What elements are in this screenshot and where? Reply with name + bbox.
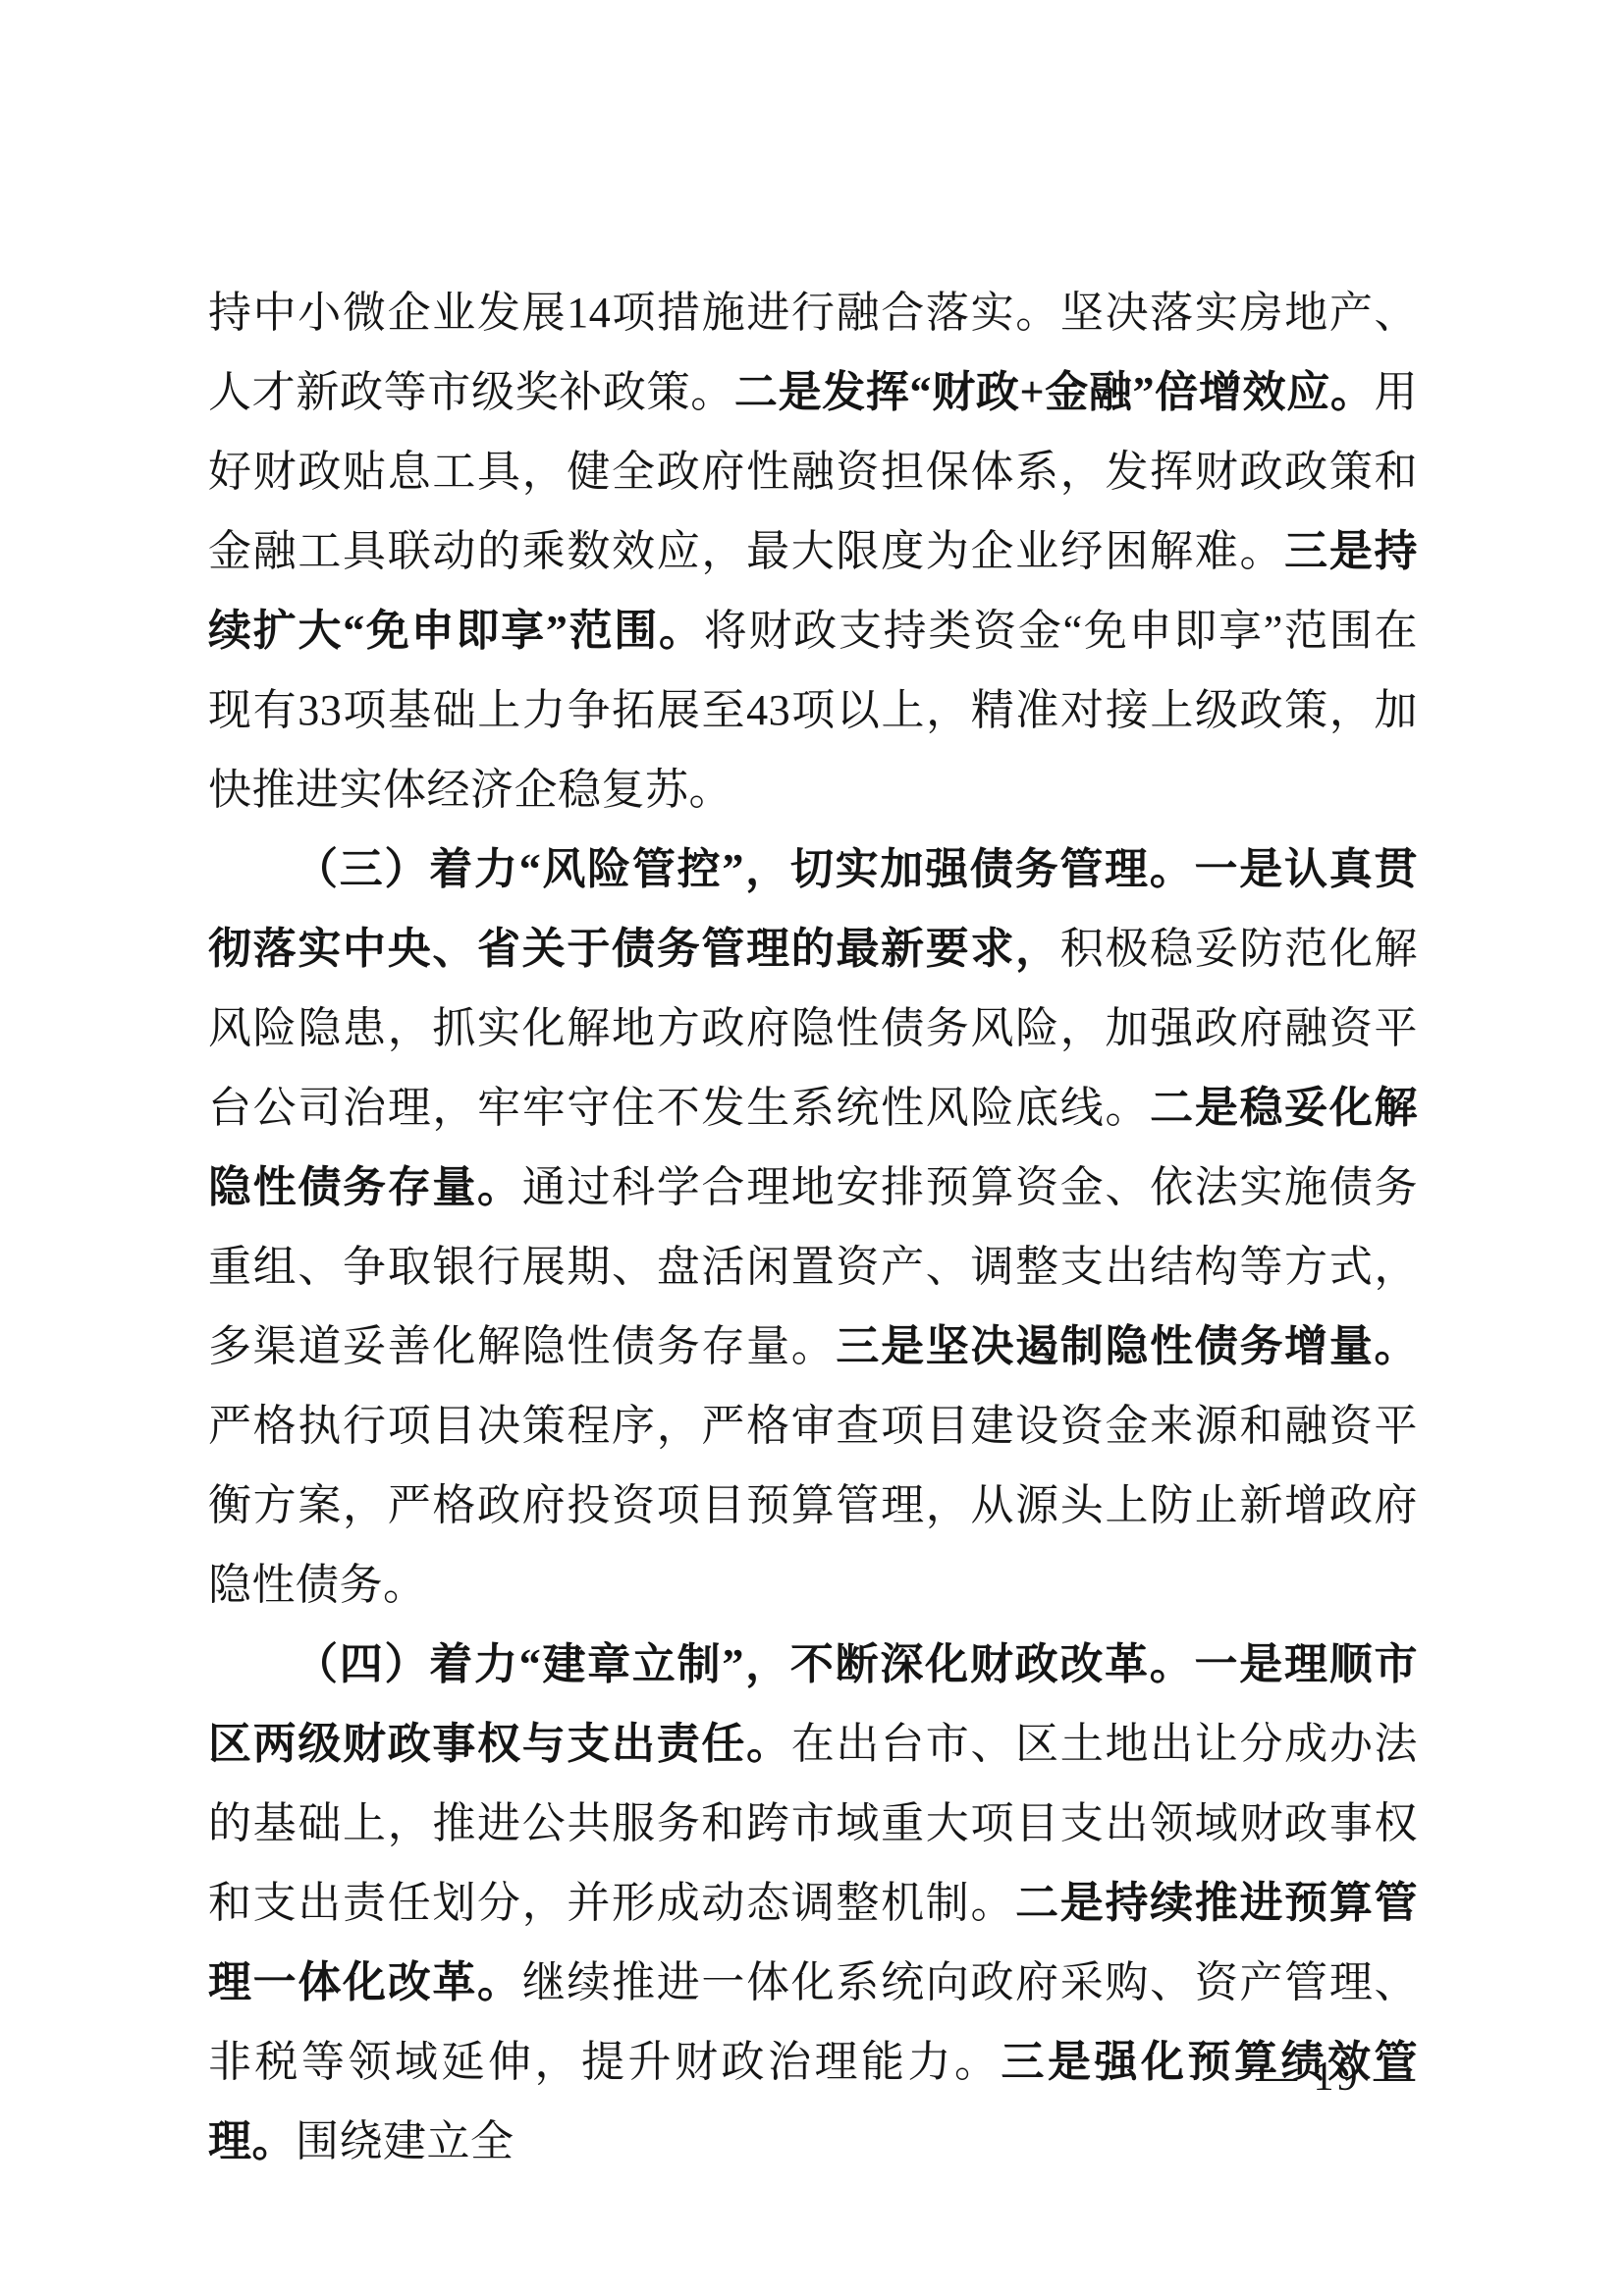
document-body: 持中小微企业发展14项措施进行融合落实。坚决落实房地产、人才新政等市级奖补政策。… bbox=[208, 273, 1418, 2181]
paragraph: （三）着力“风险管控”，切实加强债务管理。一是认真贯彻落实中央、省关于债务管理的… bbox=[208, 829, 1418, 1625]
document-page: 持中小微企业发展14项措施进行融合落实。坚决落实房地产、人才新政等市级奖补政策。… bbox=[0, 0, 1624, 2296]
text-run: 严格执行项目决策程序，严格审查项目建设资金来源和融资平衡方案，严格政府投资项目预… bbox=[208, 1402, 1418, 1609]
page-number: — 19 — bbox=[208, 2050, 1418, 2105]
text-run: 围绕建立全 bbox=[296, 2117, 514, 2165]
emphasis-run: 三是坚决遏制隐性债务增量。 bbox=[836, 1322, 1418, 1370]
page-number-label: — 19 — bbox=[1256, 2055, 1418, 2100]
paragraph: 持中小微企业发展14项措施进行融合落实。坚决落实房地产、人才新政等市级奖补政策。… bbox=[208, 273, 1418, 829]
emphasis-run: 二是发挥“财政+金融”倍增效应。 bbox=[734, 368, 1375, 416]
